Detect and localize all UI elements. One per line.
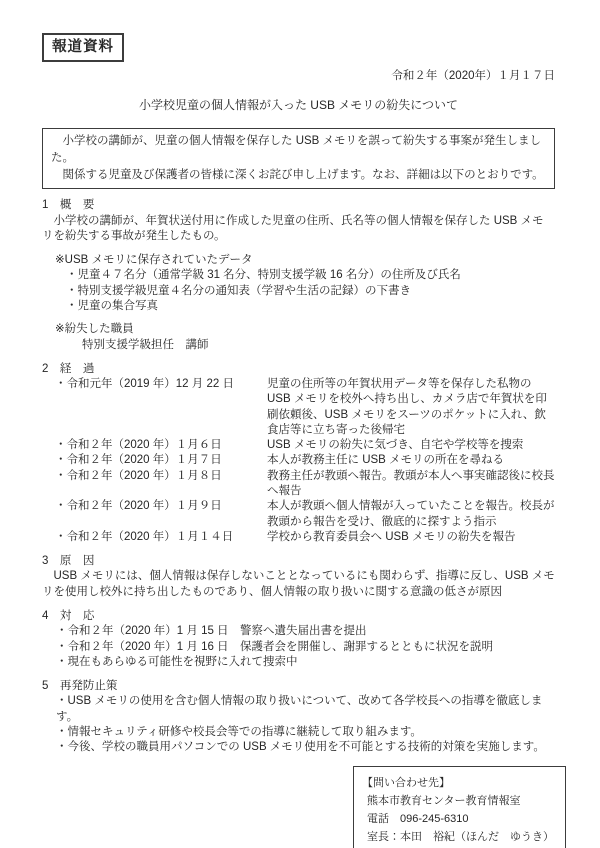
response-list: ・令和２年（2020 年）1 月 15 日 警察へ遺失届出書を提出 ・令和２年（…	[42, 624, 555, 670]
event-date: ・令和２年（2020 年）１月６日	[55, 438, 267, 453]
lead-line-2: 関係する児童及び保護者の皆様に深くお詫び申し上げます。なお、詳細は以下のとおりで…	[51, 167, 546, 184]
event-date: ・令和２年（2020 年）１月１４日	[55, 530, 267, 545]
contact-box: 【問い合わせ先】 熊本市教育センター教育情報室 電話 096-245-6310 …	[353, 766, 566, 848]
lead-summary-box: 小学校の講師が、児童の個人情報を保存した USB メモリを誤って紛失する事案が発…	[42, 128, 555, 190]
event-description: 児童の住所等の年賀状用データ等を保存した私物の USB メモリを校外へ持ち出し、…	[267, 377, 555, 438]
section-cause-body: USB メモリには、個人情報は保存しないこととなっているにも関わらず、指導に反し…	[42, 569, 555, 600]
list-item: ・情報セキュリティ研修や校長会等での指導に継続して取り組みます。	[56, 725, 555, 740]
contact-heading: 【問い合わせ先】	[362, 774, 557, 792]
section-overview-body: 小学校の講師が、年賀状送付用に作成した児童の住所、氏名等の個人情報を保存した U…	[42, 214, 555, 245]
section-timeline-heading: 2 経 過	[42, 362, 555, 377]
prevention-list: ・USB メモリの使用を含む個人情報の取り扱いについて、改めて各学校長への指導を…	[42, 694, 555, 755]
list-item: ・特別支援学級児童４名分の通知表（学習や生活の記録）の下書き	[66, 284, 555, 299]
lead-line-1: 小学校の講師が、児童の個人情報を保存した USB メモリを誤って紛失する事案が発…	[51, 133, 546, 168]
section-overview-heading: 1 概 要	[42, 198, 555, 213]
timeline-event: ・令和２年（2020 年）１月９日 本人が教頭へ個人情報が入っていたことを報告。…	[42, 499, 555, 530]
section-response-heading: 4 対 応	[42, 609, 555, 624]
press-release-page: 報道資料 令和２年（2020年）１月１７日 小学校児童の個人情報が入った USB…	[0, 0, 600, 848]
event-description: 学校から教育委員会へ USB メモリの紛失を報告	[267, 530, 555, 545]
section-cause-heading: 3 原 因	[42, 554, 555, 569]
list-item: ・令和２年（2020 年）1 月 15 日 警察へ遺失届出書を提出	[56, 624, 555, 639]
event-description: 本人が教務主任に USB メモリの所在を尋ねる	[267, 453, 555, 468]
timeline-event: ・令和２年（2020 年）１月６日 USB メモリの紛失に気づき、自宅や学校等を…	[42, 438, 555, 453]
timeline-event: ・令和２年（2020 年）１月８日 教務主任が教頭へ報告。教頭が本人へ事実確認後…	[42, 469, 555, 500]
section-prevention-heading: 5 再発防止策	[42, 679, 555, 694]
timeline-event: ・令和２年（2020 年）１月１４日 学校から教育委員会へ USB メモリの紛失…	[42, 530, 555, 545]
event-date: ・令和２年（2020 年）１月８日	[55, 469, 267, 500]
timeline-event: ・令和元年（2019 年）12 月 22 日 児童の住所等の年賀状用データ等を保…	[42, 377, 555, 438]
list-item: ・児童４７名分（通常学級 31 名分、特別支援学級 16 名分）の住所及び氏名	[66, 268, 555, 283]
doc-date: 令和２年（2020年）１月１７日	[42, 69, 555, 84]
contact-director: 室長：本田 裕紀（ほんだ ゆうき）	[362, 828, 557, 846]
list-item: ・現在もあらゆる可能性を視野に入れて捜索中	[56, 655, 555, 670]
list-item: ・今後、学校の職員用パソコンでの USB メモリ使用を不可能とする技術的対策を実…	[56, 740, 555, 755]
event-description: USB メモリの紛失に気づき、自宅や学校等を捜索	[267, 438, 555, 453]
timeline-list: ・令和元年（2019 年）12 月 22 日 児童の住所等の年賀状用データ等を保…	[42, 377, 555, 545]
event-description: 教務主任が教頭へ報告。教頭が本人へ事実確認後に校長へ報告	[267, 469, 555, 500]
event-description: 本人が教頭へ個人情報が入っていたことを報告。校長が教頭から報告を受け、徹底的に探…	[267, 499, 555, 530]
contact-phone: 電話 096-245-6310	[362, 810, 557, 828]
lost-staff-value: 特別支援学級担任 講師	[42, 338, 555, 353]
list-item: ・令和２年（2020 年）1 月 16 日 保護者会を開催し、謝罪するとともに状…	[56, 640, 555, 655]
lost-staff-note: ※紛失した職員	[42, 322, 555, 337]
event-date: ・令和２年（2020 年）１月９日	[55, 499, 267, 530]
timeline-event: ・令和２年（2020 年）１月７日 本人が教務主任に USB メモリの所在を尋ね…	[42, 453, 555, 468]
usb-data-list: ・児童４７名分（通常学級 31 名分、特別支援学級 16 名分）の住所及び氏名 …	[42, 268, 555, 314]
doc-label: 報道資料	[42, 33, 124, 62]
contact-organization: 熊本市教育センター教育情報室	[362, 792, 557, 810]
page-title: 小学校児童の個人情報が入った USB メモリの紛失について	[42, 98, 555, 114]
event-date: ・令和元年（2019 年）12 月 22 日	[55, 377, 267, 438]
list-item: ・USB メモリの使用を含む個人情報の取り扱いについて、改めて各学校長への指導を…	[56, 694, 555, 725]
list-item: ・児童の集合写真	[66, 299, 555, 314]
event-date: ・令和２年（2020 年）１月７日	[55, 453, 267, 468]
usb-data-note: ※USB メモリに保存されていたデータ	[42, 253, 555, 268]
